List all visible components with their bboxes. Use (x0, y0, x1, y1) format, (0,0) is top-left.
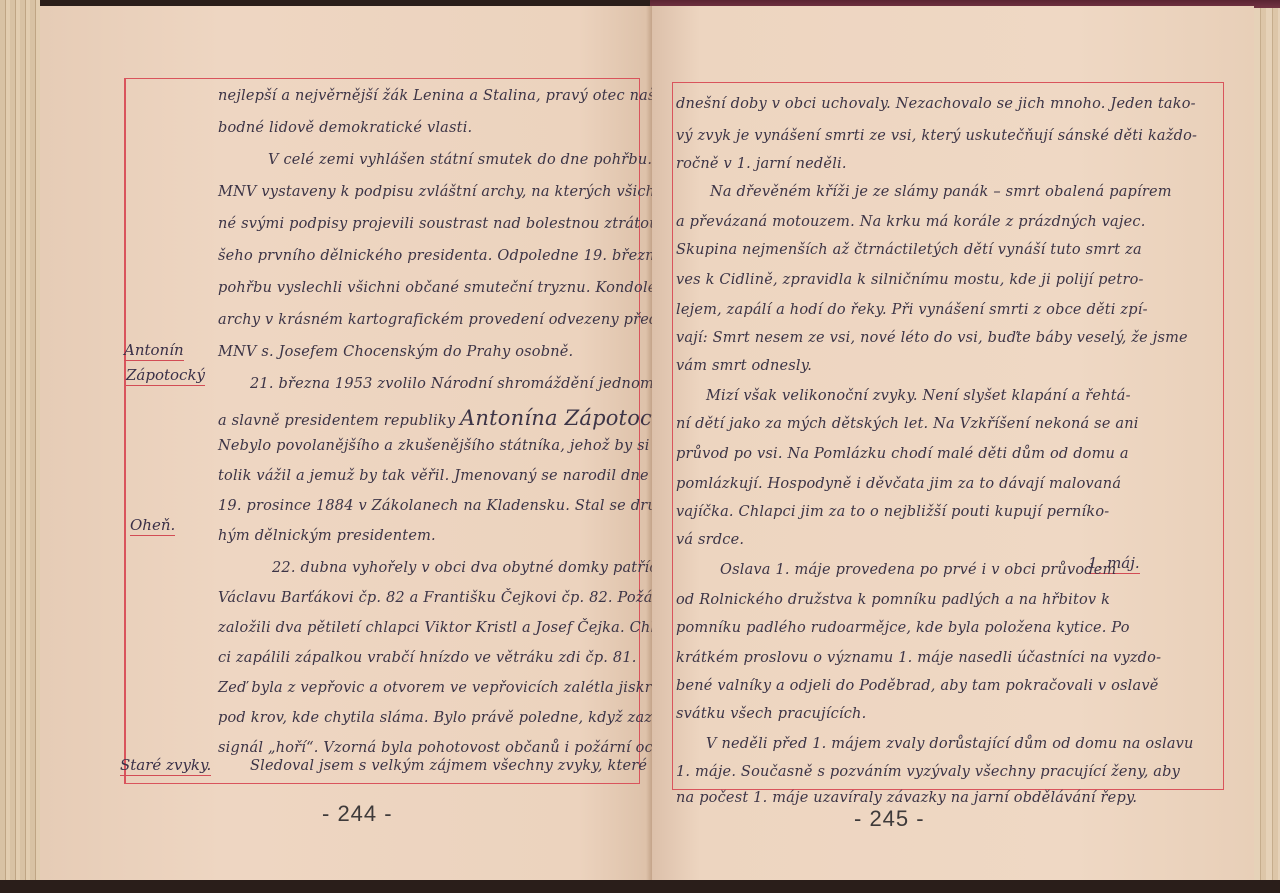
text-line: pomlázkují. Hospodyně i děvčata jim za t… (676, 476, 1121, 492)
text-line: hým dělnickým presidentem. (218, 528, 436, 544)
text-line: od Rolnického družstva k pomníku padlých… (676, 592, 1110, 608)
text-line: bené valníky a odjeli do Poděbrad, aby t… (676, 678, 1159, 694)
text-line: vají: Smrt nesem ze vsi, nové léto do vs… (676, 330, 1188, 346)
text-line: Skupina nejmenších až čtrnáctiletých dět… (676, 242, 1142, 258)
text-line: založili dva pětiletí chlapci Viktor Kri… (218, 620, 679, 636)
text-line: Zeď byla z vepřovic a otvorem ve vepřovi… (218, 680, 661, 696)
text-line: ves k Cidlině, zpravidla k silničnímu mo… (676, 272, 1144, 288)
text-line: ní dětí jako za mých dětských let. Na Vz… (676, 416, 1139, 432)
text-line: šeho prvního dělnického presidenta. Odpo… (218, 248, 709, 264)
text-line: né svými podpisy projevili soustrast nad… (218, 216, 687, 232)
text-line: archy v krásném kartografickém provedení… (218, 312, 703, 328)
text-line: signál „hoří“. Vzorná byla pohotovost ob… (218, 740, 699, 756)
text-line: 1. máje. Současně s pozváním vyzývaly vš… (676, 764, 1180, 780)
text-line: tolik vážil a jemuž by tak věřil. Jmenov… (218, 468, 649, 484)
text-line: Mizí však velikonoční zvyky. Není slyšet… (706, 388, 1131, 404)
text-line: vý zvyk je vynášení smrti ze vsi, který … (676, 128, 1197, 144)
text-line: svátku všech pracujících. (676, 706, 866, 722)
margin-note: Staré zvyky. (120, 756, 211, 776)
text-line: MNV vystaveny k podpisu zvláštní archy, … (218, 184, 715, 200)
margin-note: Antonín (124, 341, 184, 361)
text-line: lejem, zapálí a hodí do řeky. Při vynáše… (676, 302, 1148, 318)
text-line: dnešní doby v obci uchovaly. Nezachovalo… (676, 96, 1196, 112)
text-line: pod krov, kde chytila sláma. Bylo právě … (218, 710, 675, 726)
left-page: Antonín Zápotocký Oheň. Staré zvyky. nej… (40, 6, 652, 880)
text-line: pomníku padlého rudoarmějce, kde byla po… (676, 620, 1130, 636)
text-line: Na dřevěném kříži je ze slámy panák – sm… (710, 184, 1172, 200)
text-line: 19. prosince 1884 v Zákolanech na Kladen… (218, 498, 662, 514)
text-line: Nebylo povolanějšího a zkušenějšího stát… (218, 438, 674, 454)
text-line: ročně v 1. jarní neděli. (676, 156, 847, 172)
open-book: Antonín Zápotocký Oheň. Staré zvyky. nej… (0, 0, 1280, 880)
text-line: V celé zemi vyhlášen státní smutek do dn… (268, 152, 679, 168)
text-line: Václavu Barťákovi čp. 82 a Františku Čej… (218, 590, 660, 606)
text-line: a převázaná motouzem. Na krku má korále … (676, 214, 1146, 230)
text-line: vám smrt odnesly. (676, 358, 812, 374)
text-line: průvod po vsi. Na Pomlázku chodí malé dě… (676, 446, 1129, 462)
margin-rule (125, 79, 126, 783)
text-line: 22. dubna vyhořely v obci dva obytné dom… (272, 560, 662, 576)
text-line: ci zapálili zápalkou vrabčí hnízdo ve vě… (218, 650, 637, 666)
text-line: MNV s. Josefem Chocenským do Prahy osobn… (218, 344, 573, 360)
text-line: Sledoval jsem s velkým zájmem všechny zv… (250, 758, 692, 774)
text-fragment: a slavně presidentem republiky (218, 413, 455, 429)
text-line: krátkém proslovu o významu 1. máje nased… (676, 650, 1161, 666)
text-line: na počest 1. máje uzavíraly závazky na j… (676, 790, 1137, 806)
text-line: 21. března 1953 zvolilo Národní shromážd… (250, 376, 693, 392)
margin-note: Zápotocký (126, 366, 205, 386)
right-page-edges (1254, 8, 1280, 880)
page-number: - 244 - (322, 801, 393, 827)
text-line: Oslava 1. máje provedena po prvé i v obc… (720, 562, 1116, 578)
text-line: pohřbu vyslechli všichni občané smuteční… (218, 280, 689, 296)
right-page: 1. máj. dnešní doby v obci uchovaly. Nez… (652, 6, 1254, 880)
text-line: vá srdce. (676, 532, 744, 548)
left-page-edges (0, 0, 40, 880)
text-line: a slavně presidentem republiky Antonína … (218, 406, 711, 430)
text-line: V neděli před 1. májem zvaly dorůstající… (706, 736, 1194, 752)
text-line: vajíčka. Chlapci jim za to o nejbližší p… (676, 504, 1109, 520)
page-number: - 245 - (854, 806, 925, 832)
margin-note: Oheň. (130, 516, 175, 536)
text-line: bodné lidově demokratické vlasti. (218, 120, 472, 136)
text-line: nejlepší a nejvěrnější žák Lenina a Stal… (218, 88, 695, 104)
